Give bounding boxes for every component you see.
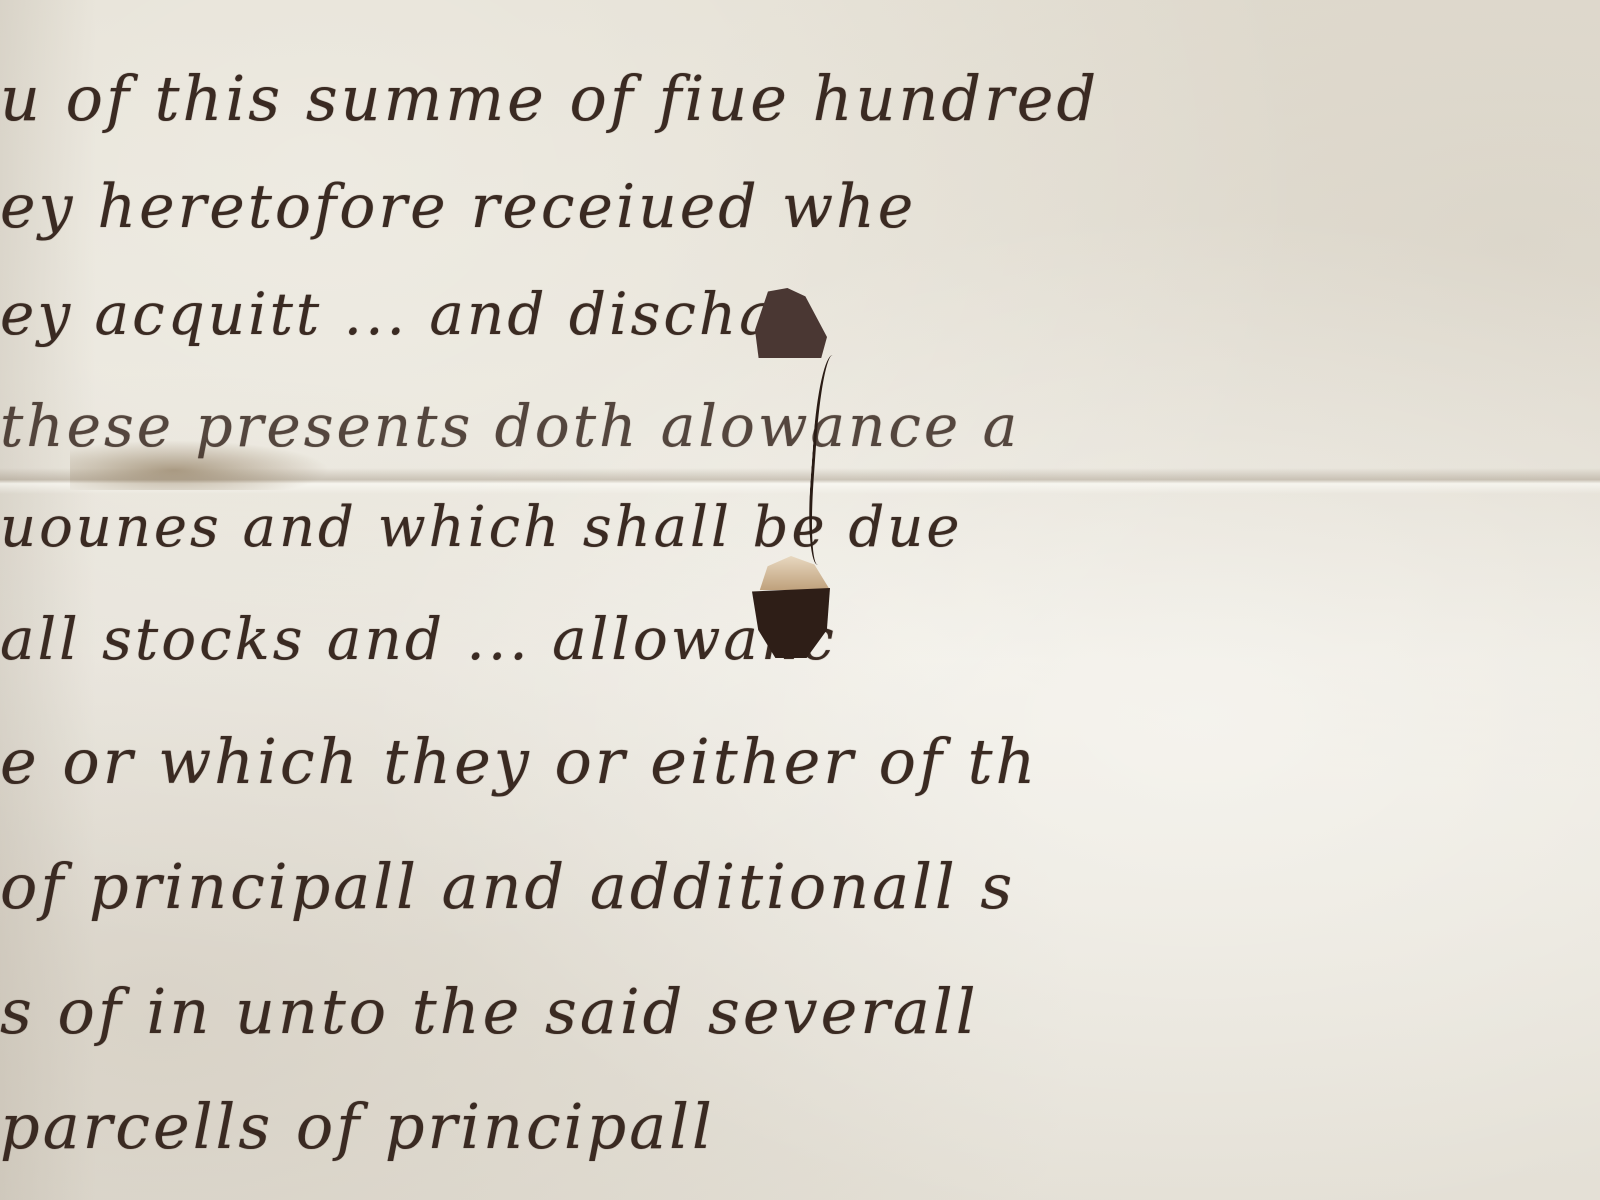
manuscript-line: ey heretofore receiued whe [0, 172, 916, 242]
manuscript-line: ey acquitt ... and dischar [0, 280, 808, 348]
manuscript-line: parcells of principall [0, 1090, 715, 1163]
manuscript-line: all stocks and ... allowanc [0, 605, 837, 673]
manuscript-line: e or which they or either of th [0, 725, 1038, 798]
manuscript-line: of principall and additionall s [0, 850, 1015, 923]
manuscript-line: these presents doth alowance a [0, 392, 1020, 460]
manuscript-line: s of in unto the said severall [0, 975, 979, 1048]
manuscript-line: u of this summe of fiue hundred [0, 62, 1099, 135]
